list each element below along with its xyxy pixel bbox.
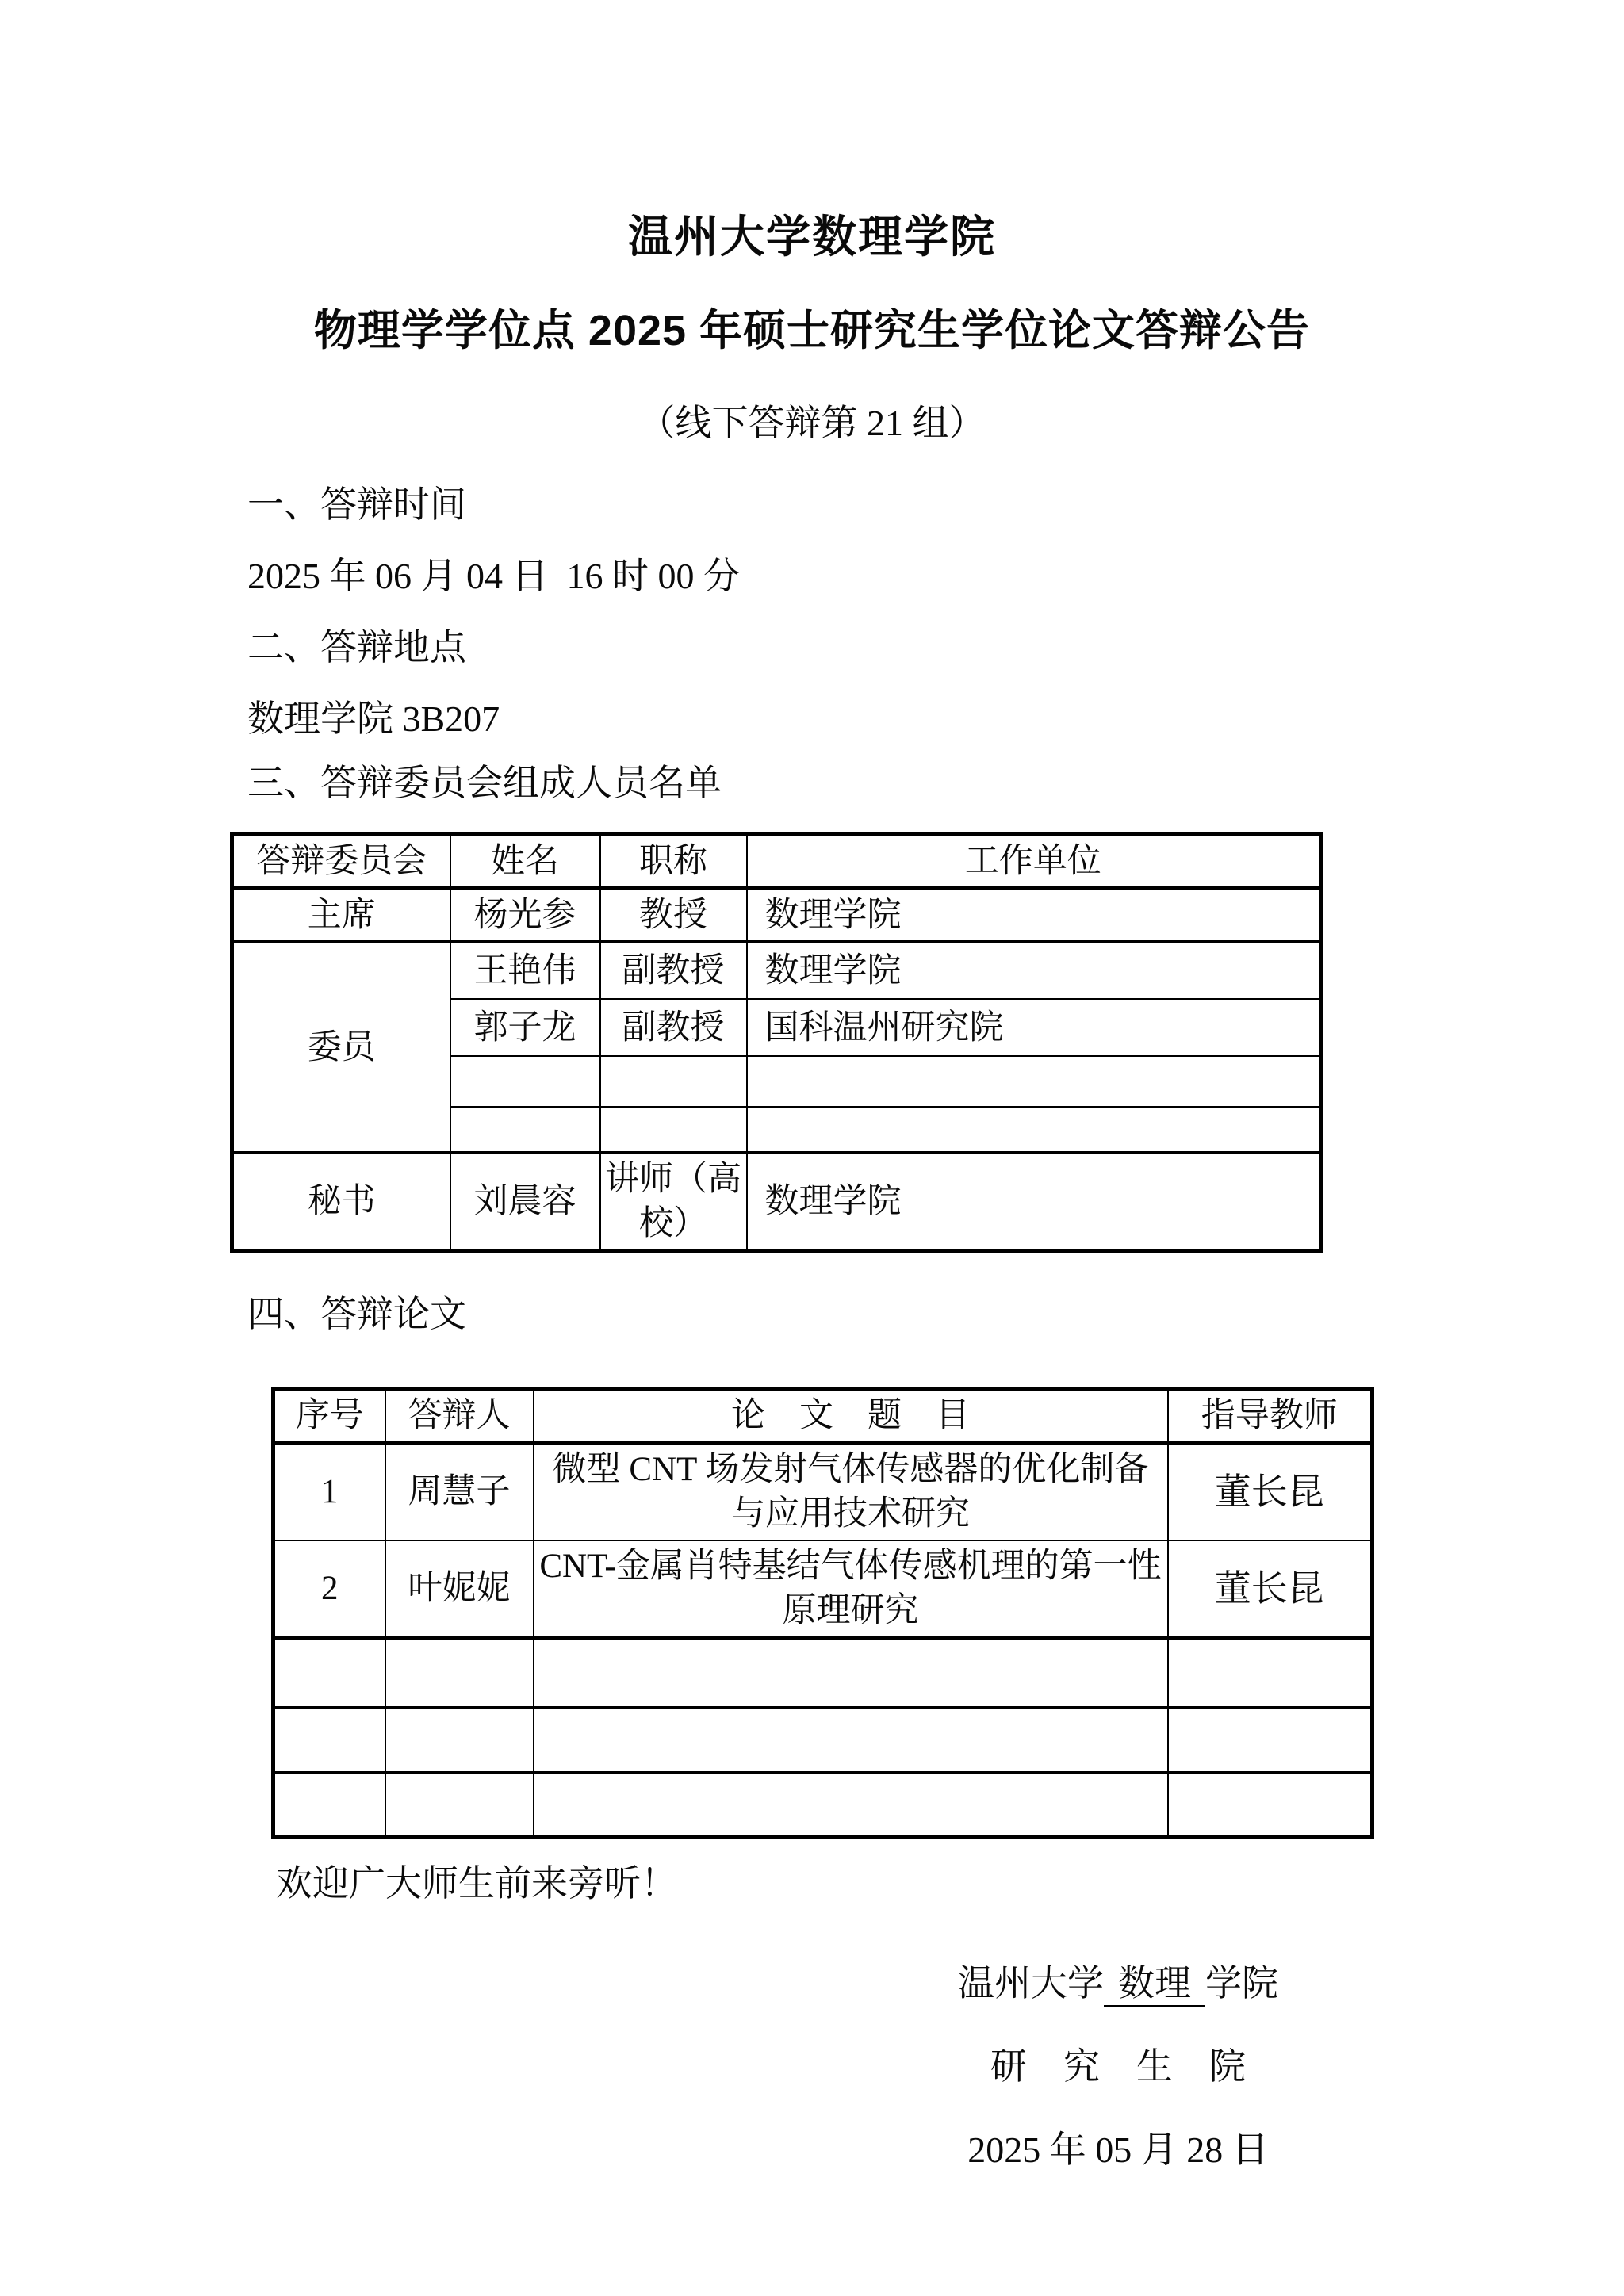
secretary-title-cell: 讲师（高校）: [600, 1153, 747, 1251]
chair-unit-cell: 数理学院: [747, 888, 1321, 942]
committee-member-row: 委员 王艳伟 副教授 数理学院: [232, 942, 1321, 999]
chair-role-cell: 主席: [232, 888, 450, 942]
thesis-row: 1 周慧子 微型 CNT 场发射气体传感器的优化制备与应用技术研究 董长昆: [274, 1443, 1373, 1540]
thesis-table: 序号 答辩人 论 文 题 目 指导教师 1 周慧子 微型 CNT 场发射气体传感…: [271, 1387, 1374, 1839]
thesis-student-cell: [385, 1638, 534, 1708]
member-name-cell: [450, 1056, 600, 1107]
thesis-empty-row: [274, 1773, 1373, 1838]
thesis-student-cell: 周慧子: [385, 1443, 534, 1540]
member-unit-cell: [747, 1107, 1321, 1153]
committee-header-title: 职称: [600, 834, 747, 888]
thesis-advisor-cell: [1168, 1708, 1373, 1773]
thesis-student-cell: [385, 1708, 534, 1773]
thesis-header-advisor: 指导教师: [1168, 1389, 1373, 1443]
member-name-cell: 王艳伟: [450, 942, 600, 999]
member-name-cell: 郭子龙: [450, 999, 600, 1056]
thesis-no-cell: 1: [274, 1443, 385, 1540]
member-title-cell: [600, 1056, 747, 1107]
member-unit-cell: 国科温州研究院: [747, 999, 1321, 1056]
secretary-name-cell: 刘晨容: [450, 1153, 600, 1251]
thesis-advisor-cell: [1168, 1638, 1373, 1708]
announcement-title: 物理学学位点 2025 年硕士研究生学位论文答辩公告: [0, 308, 1624, 354]
thesis-advisor-cell: [1168, 1773, 1373, 1838]
welcome-note: 欢迎广大师生前来旁听！: [276, 1862, 1624, 1905]
thesis-empty-row: [274, 1638, 1373, 1708]
thesis-header-title: 论 文 题 目: [534, 1389, 1168, 1443]
member-unit-cell: [747, 1056, 1321, 1107]
committee-header-unit: 工作单位: [747, 834, 1321, 888]
thesis-no-cell: [274, 1638, 385, 1708]
thesis-no-cell: 2: [274, 1540, 385, 1638]
thesis-no-cell: [274, 1708, 385, 1773]
thesis-title-cell: CNT-金属肖特基结气体传感机理的第一性原理研究: [534, 1540, 1168, 1638]
member-role-cell: 委员: [232, 942, 450, 1153]
committee-table: 答辩委员会 姓名 职称 工作单位 主席 杨光参 教授 数理学院 委员 王艳伟 副…: [230, 832, 1323, 1254]
thesis-header-row: 序号 答辩人 论 文 题 目 指导教师: [274, 1389, 1373, 1443]
signature-college-suffix: 学院: [1205, 1963, 1278, 2003]
thesis-row: 2 叶妮妮 CNT-金属肖特基结气体传感机理的第一性原理研究 董长昆: [274, 1540, 1373, 1638]
chair-name-cell: 杨光参: [450, 888, 600, 942]
chair-title-cell: 教授: [600, 888, 747, 942]
member-name-cell: [450, 1107, 600, 1153]
page-title: 温州大学数理学院: [0, 0, 1624, 262]
signature-college-line: 温州大学数理学院: [936, 1942, 1300, 2025]
member-title-cell: 副教授: [600, 999, 747, 1056]
signature-office-line: 研 究 生 院: [936, 2025, 1300, 2108]
signature-block: 温州大学数理学院 研 究 生 院 2025 年 05 月 28 日: [936, 1942, 1300, 2191]
thesis-no-cell: [274, 1773, 385, 1838]
committee-chair-row: 主席 杨光参 教授 数理学院: [232, 888, 1321, 942]
signature-college-underlined: 数理: [1104, 1963, 1205, 2007]
thesis-advisor-cell: 董长昆: [1168, 1540, 1373, 1638]
thesis-title-cell: 微型 CNT 场发射气体传感器的优化制备与应用技术研究: [534, 1443, 1168, 1540]
thesis-title-cell: [534, 1638, 1168, 1708]
thesis-advisor-cell: 董长昆: [1168, 1443, 1373, 1540]
secretary-role-cell: 秘书: [232, 1153, 450, 1251]
thesis-header-no: 序号: [274, 1389, 385, 1443]
section-2-heading: 二、答辩地点: [247, 612, 1529, 683]
committee-secretary-row: 秘书 刘晨容 讲师（高校） 数理学院: [232, 1153, 1321, 1251]
member-unit-cell: 数理学院: [747, 942, 1321, 999]
signature-university: 温州大学: [958, 1963, 1104, 2003]
committee-header-role: 答辩委员会: [232, 834, 450, 888]
section-4-heading: 四、答辩论文: [247, 1279, 1529, 1350]
defense-time-value: 2025 年 06 月 04 日 16 时 00 分: [247, 541, 1529, 612]
member-title-cell: 副教授: [600, 942, 747, 999]
announcement-document: 温州大学数理学院 物理学学位点 2025 年硕士研究生学位论文答辩公告 （线下答…: [0, 0, 1624, 2296]
thesis-student-cell: 叶妮妮: [385, 1540, 534, 1638]
thesis-title-cell: [534, 1773, 1168, 1838]
thesis-title-cell: [534, 1708, 1168, 1773]
thesis-header-student: 答辩人: [385, 1389, 534, 1443]
thesis-empty-row: [274, 1708, 1373, 1773]
group-subtitle: （线下答辩第 21 组）: [0, 404, 1624, 444]
member-title-cell: [600, 1107, 747, 1153]
signature-date: 2025 年 05 月 28 日: [936, 2108, 1300, 2191]
committee-header-row: 答辩委员会 姓名 职称 工作单位: [232, 834, 1321, 888]
thesis-student-cell: [385, 1773, 534, 1838]
secretary-unit-cell: 数理学院: [747, 1153, 1321, 1251]
committee-header-name: 姓名: [450, 834, 600, 888]
defense-location-value: 数理学院 3B207: [247, 683, 1529, 755]
section-1-heading: 一、答辩时间: [247, 469, 1529, 541]
section-3-heading: 三、答辩委员会组成人员名单: [247, 755, 1529, 812]
